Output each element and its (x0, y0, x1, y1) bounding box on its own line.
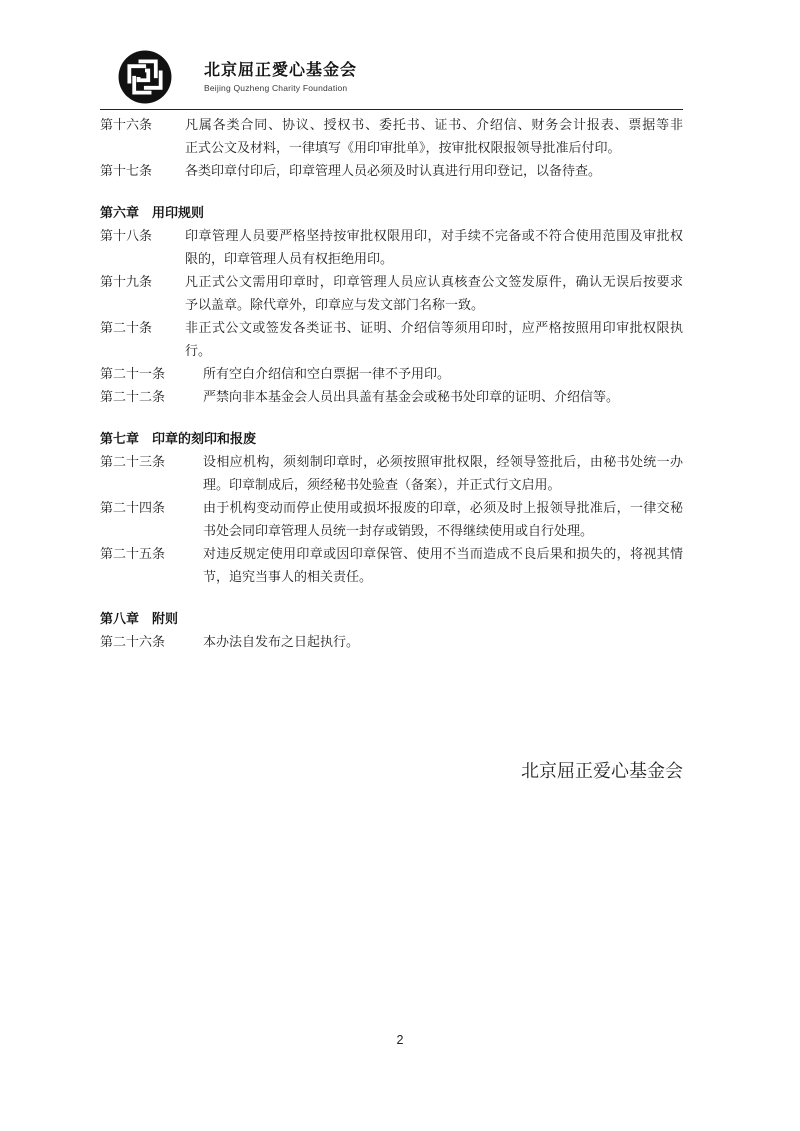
org-name-block: 北京屈正愛心基金会 Beijing Quzheng Charity Founda… (204, 61, 357, 94)
article-text-line: 本办法自发布之日起执行。 (203, 630, 683, 653)
article-number: 第十八条 (100, 224, 185, 247)
article-text-line: 理。印章制成后，须经秘书处验查（备案），并正式行文启用。 (203, 473, 683, 496)
article-number: 第十六条 (100, 113, 185, 136)
signature: 北京屈正爱心基金会 (100, 760, 683, 783)
article-text-line: 对违反规定使用印章或因印章保管、使用不当而造成不良后果和损失的，将视其情 (203, 542, 683, 565)
article-text: 严禁向非本基金会人员出具盖有基金会或秘书处印章的证明、介绍信等。 (203, 385, 683, 408)
article-text-line: 各类印章付印后，印章管理人员必须及时认真进行用印登记，以备待查。 (185, 159, 683, 182)
article-text-line: 行。 (185, 339, 683, 362)
article-number: 第二十五条 (100, 542, 203, 565)
article-text-line: 由于机构变动而停止使用或损坏报废的印章，必须及时上报领导批准后，一律交秘 (203, 496, 683, 519)
article-text-line: 节，追究当事人的相关责任。 (203, 565, 683, 588)
article-text-line: 非正式公文或签发各类证书、证明、介绍信等须用印时，应严格按照用印审批权限执 (185, 316, 683, 339)
article-text-line: 书处会同印章管理人员统一封存或销毁，不得继续使用或自行处理。 (203, 519, 683, 542)
chapter-number: 第七章 (100, 427, 139, 450)
article-text-line: 印章管理人员要严格坚持按审批权限用印，对手续不完备或不符合使用范围及审批权 (185, 224, 683, 247)
article-text-line: 正式公文及材料，一律填写《用印审批单》，按审批权限报领导批准后付印。 (185, 136, 683, 159)
article-text: 对违反规定使用印章或因印章保管、使用不当而造成不良后果和损失的，将视其情节，追究… (203, 542, 683, 588)
article-number: 第二十六条 (100, 630, 203, 653)
chapter-title: 印章的刻印和报废 (152, 427, 256, 450)
article-text-line: 严禁向非本基金会人员出具盖有基金会或秘书处印章的证明、介绍信等。 (203, 385, 683, 408)
page-footer: 2 (0, 1033, 800, 1047)
article-text-line: 予以盖章。除代章外，印章应与发文部门名称一致。 (185, 293, 683, 316)
articles-container: 第十六条凡属各类合同、协议、授权书、委托书、证书、介绍信、财务会计报表、票据等非… (100, 113, 683, 653)
chapter-heading: 第七章印章的刻印和报废 (100, 427, 683, 450)
chapter-heading: 第八章附则 (100, 607, 683, 630)
article-text: 本办法自发布之日起执行。 (203, 630, 683, 653)
article-number: 第二十三条 (100, 450, 203, 473)
header-divider (100, 109, 683, 110)
chapter-heading: 第六章用印规则 (100, 201, 683, 224)
article-number: 第二十四条 (100, 496, 203, 519)
article-text: 印章管理人员要严格坚持按审批权限用印，对手续不完备或不符合使用范围及审批权限的，… (185, 224, 683, 270)
article-text: 所有空白介绍信和空白票据一律不予用印。 (203, 362, 683, 385)
article-text: 设相应机构，须刻制印章时，必须按照审批权限，经领导签批后，由秘书处统一办理。印章… (203, 450, 683, 496)
article-text: 凡正式公文需用印章时，印章管理人员应认真核查公文签发原件，确认无误后按要求予以盖… (185, 270, 683, 316)
article-text-line: 凡正式公文需用印章时，印章管理人员应认真核查公文签发原件，确认无误后按要求 (185, 270, 683, 293)
article-text-line: 设相应机构，须刻制印章时，必须按照审批权限，经领导签批后，由秘书处统一办 (203, 450, 683, 473)
org-name-en: Beijing Quzheng Charity Foundation (204, 83, 357, 93)
article-text-line: 所有空白介绍信和空白票据一律不予用印。 (203, 362, 683, 385)
article-row: 第十六条凡属各类合同、协议、授权书、委托书、证书、介绍信、财务会计报表、票据等非… (100, 113, 683, 159)
article-number: 第二十条 (100, 316, 185, 339)
article-row: 第二十二条严禁向非本基金会人员出具盖有基金会或秘书处印章的证明、介绍信等。 (100, 385, 683, 408)
article-row: 第二十六条本办法自发布之日起执行。 (100, 630, 683, 653)
org-name-zh: 北京屈正愛心基金会 (204, 61, 357, 82)
article-row: 第十九条凡正式公文需用印章时，印章管理人员应认真核查公文签发原件，确认无误后按要… (100, 270, 683, 316)
article-text-line: 限的，印章管理人员有权拒绝用印。 (185, 247, 683, 270)
foundation-logo-icon (118, 50, 172, 104)
article-number: 第二十一条 (100, 362, 203, 385)
chapter-title: 用印规则 (152, 201, 204, 224)
article-text: 非正式公文或签发各类证书、证明、介绍信等须用印时，应严格按照用印审批权限执行。 (185, 316, 683, 362)
article-row: 第二十五条对违反规定使用印章或因印章保管、使用不当而造成不良后果和损失的，将视其… (100, 542, 683, 588)
page-number: 2 (397, 1033, 404, 1047)
article-row: 第二十条非正式公文或签发各类证书、证明、介绍信等须用印时，应严格按照用印审批权限… (100, 316, 683, 362)
article-text-line: 凡属各类合同、协议、授权书、委托书、证书、介绍信、财务会计报表、票据等非 (185, 113, 683, 136)
article-text: 各类印章付印后，印章管理人员必须及时认真进行用印登记，以备待查。 (185, 159, 683, 182)
article-text: 凡属各类合同、协议、授权书、委托书、证书、介绍信、财务会计报表、票据等非正式公文… (185, 113, 683, 159)
document-body: 第十六条凡属各类合同、协议、授权书、委托书、证书、介绍信、财务会计报表、票据等非… (100, 113, 683, 783)
article-number: 第二十二条 (100, 385, 203, 408)
article-number: 第十九条 (100, 270, 185, 293)
chapter-number: 第六章 (100, 201, 139, 224)
article-row: 第二十三条设相应机构，须刻制印章时，必须按照审批权限，经领导签批后，由秘书处统一… (100, 450, 683, 496)
letterhead: 北京屈正愛心基金会 Beijing Quzheng Charity Founda… (118, 50, 357, 104)
article-row: 第二十四条由于机构变动而停止使用或损坏报废的印章，必须及时上报领导批准后，一律交… (100, 496, 683, 542)
article-text: 由于机构变动而停止使用或损坏报废的印章，必须及时上报领导批准后，一律交秘书处会同… (203, 496, 683, 542)
article-row: 第二十一条所有空白介绍信和空白票据一律不予用印。 (100, 362, 683, 385)
article-number: 第十七条 (100, 159, 185, 182)
chapter-title: 附则 (152, 607, 178, 630)
article-row: 第十七条各类印章付印后，印章管理人员必须及时认真进行用印登记，以备待查。 (100, 159, 683, 182)
chapter-number: 第八章 (100, 607, 139, 630)
article-row: 第十八条印章管理人员要严格坚持按审批权限用印，对手续不完备或不符合使用范围及审批… (100, 224, 683, 270)
document-page: 北京屈正愛心基金会 Beijing Quzheng Charity Founda… (0, 0, 800, 1131)
